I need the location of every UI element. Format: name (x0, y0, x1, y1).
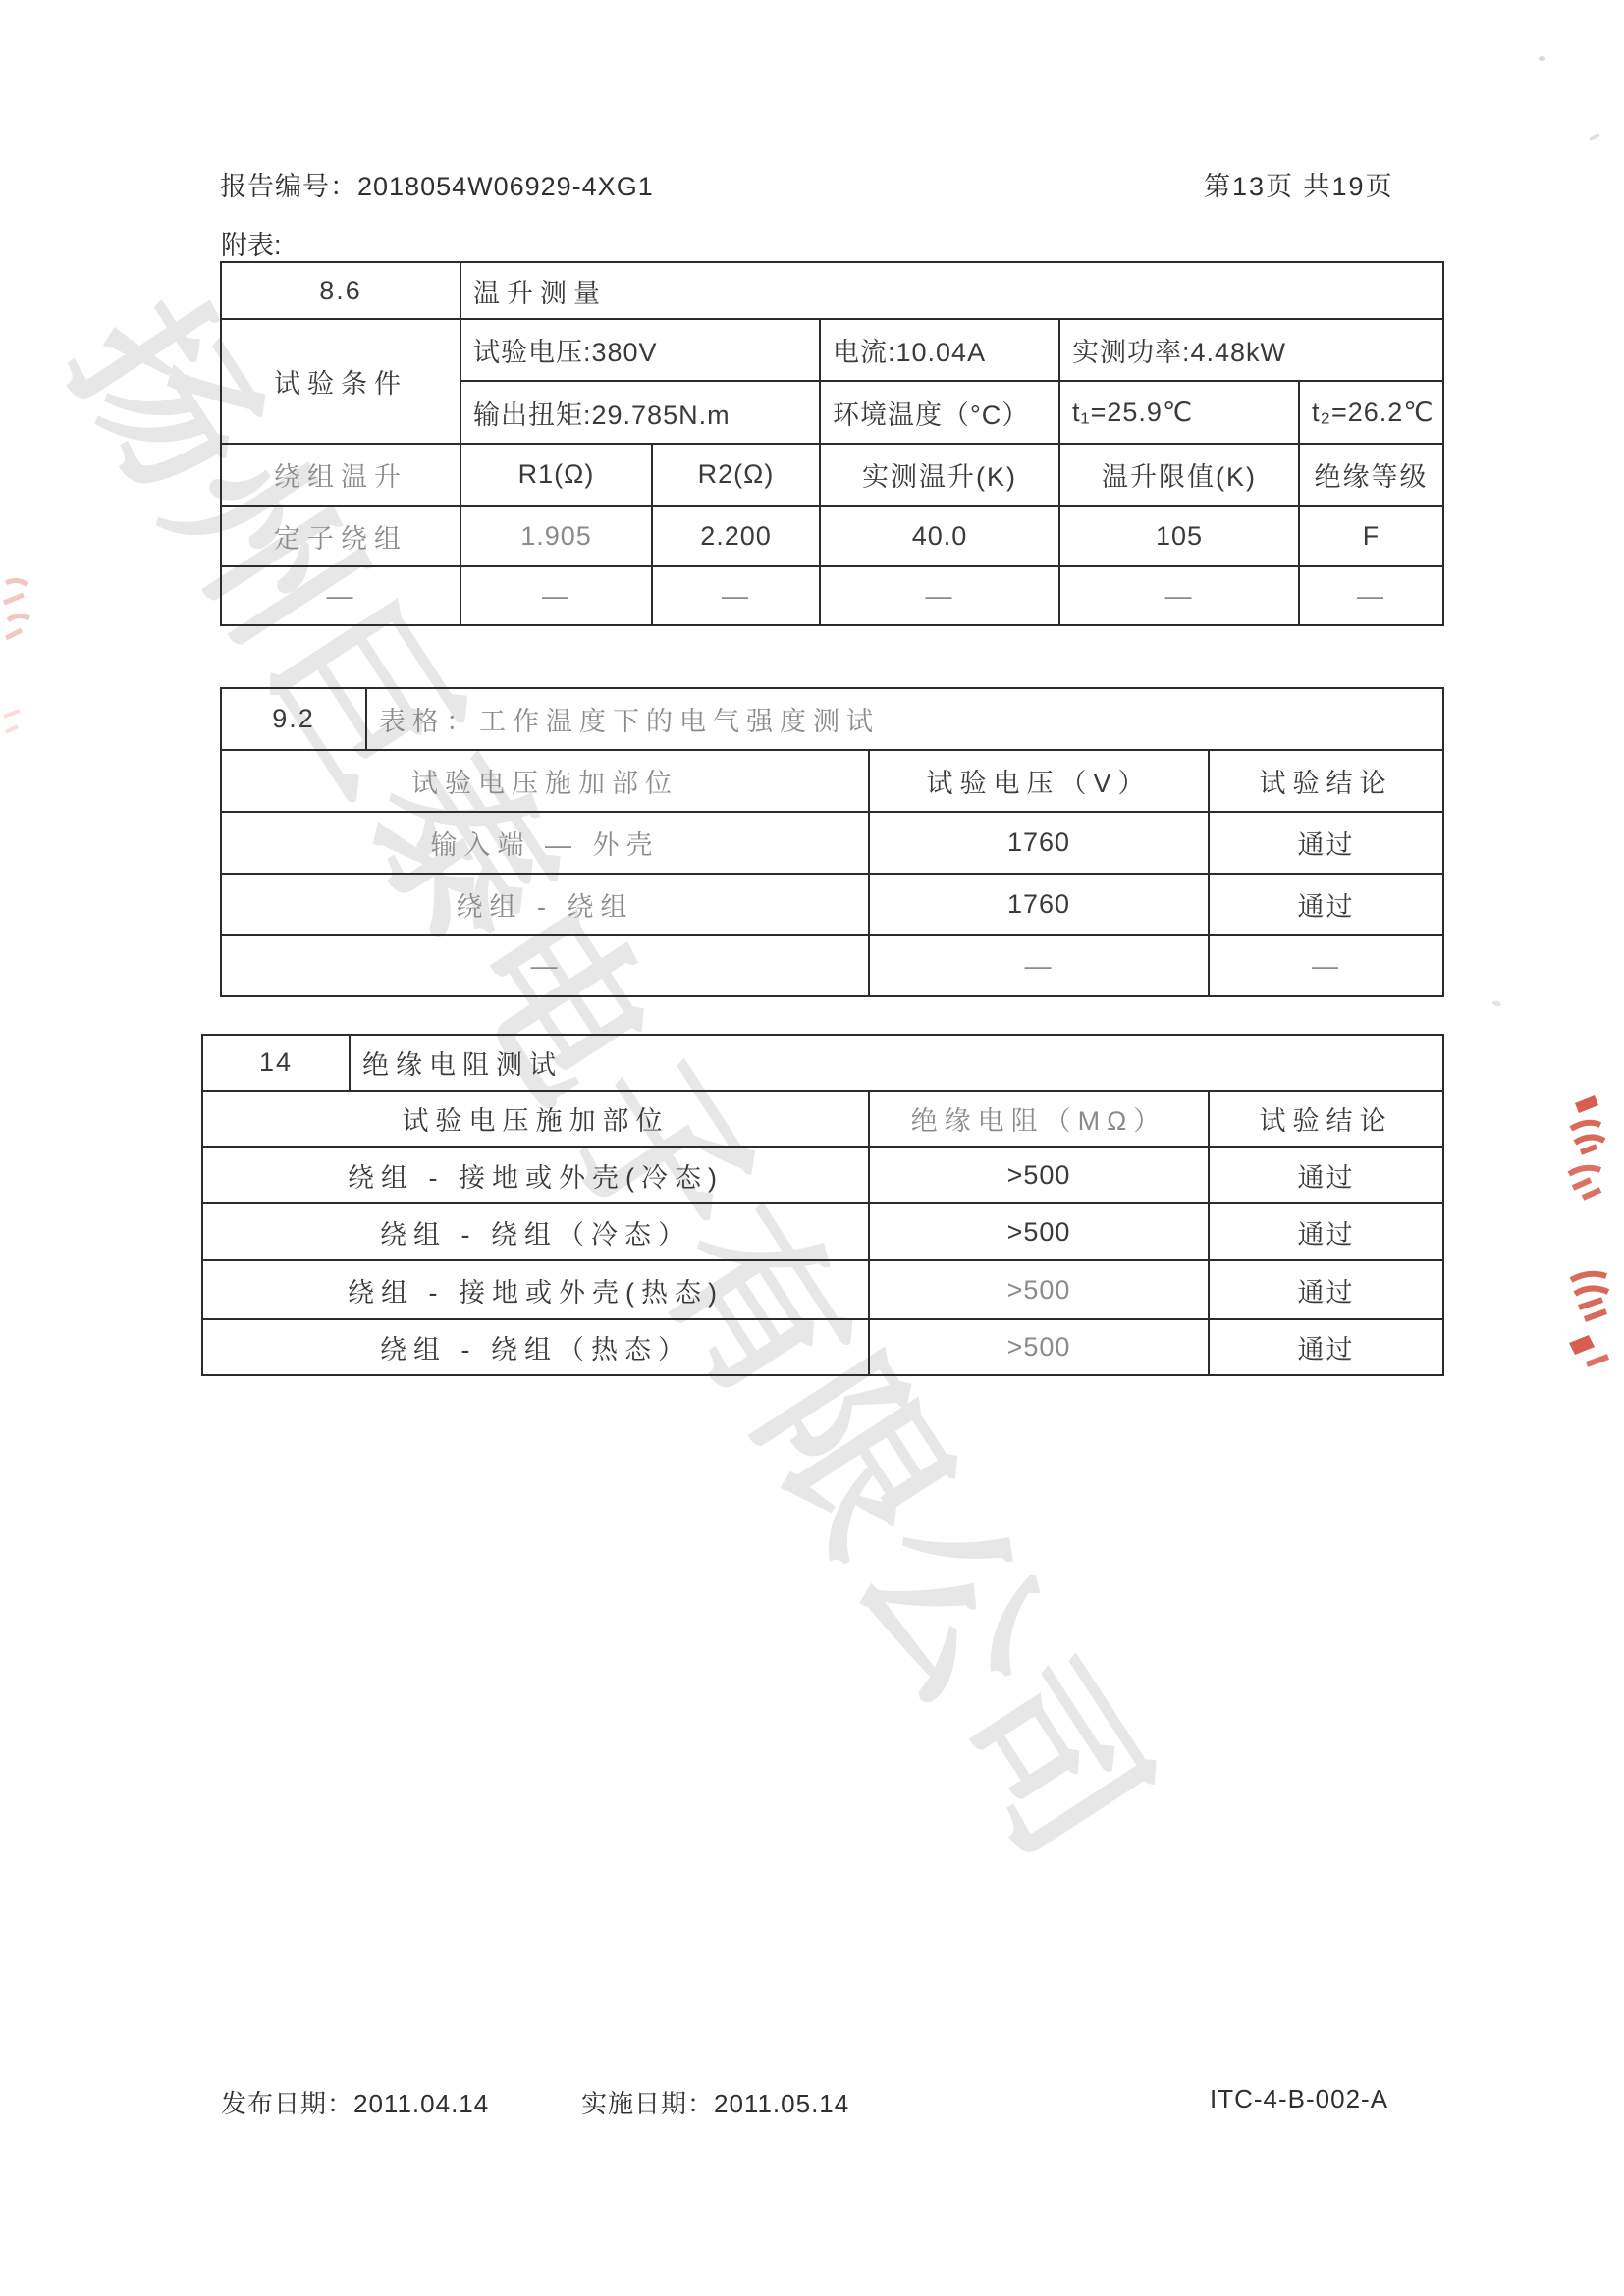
rise-limit-value-cell: 105 (1059, 506, 1299, 566)
temperature-rise-table: 8.6 温升测量 试验条件 试验电压:380V 电流:10.04A 实测功率:4… (220, 261, 1444, 626)
stator-winding-cell: 定子绕组 (221, 506, 460, 566)
empty-cell: — (1059, 566, 1299, 625)
empty-cell: — (221, 935, 869, 996)
issue-date-label: 发布日期： (221, 2089, 353, 2118)
resistance-value-cell: >500 (869, 1147, 1209, 1203)
attachment-label: 附表: (221, 224, 282, 262)
rise-limit-header-cell: 温升限值(K) (1059, 444, 1299, 506)
section-title-cell: 温升测量 (460, 262, 1443, 319)
applied-part-cell: 绕组 - 绕组 (221, 874, 869, 935)
t1-cell: t₁=25.9℃ (1059, 381, 1299, 444)
section-number-cell: 14 (202, 1035, 350, 1091)
conclusion-header-cell: 试验结论 (1209, 1091, 1443, 1147)
section-number-cell: 8.6 (221, 262, 460, 319)
insulation-class-header-cell: 绝缘等级 (1299, 444, 1443, 506)
electric-strength-table: 9.2 表格：工作温度下的电气强度测试 试验电压施加部位 试验电压（V） 试验结… (220, 687, 1444, 997)
issue-date-line: 发布日期：2011.04.14 (221, 2084, 489, 2120)
empty-cell: — (1299, 566, 1443, 625)
current-cell: 电流:10.04A (820, 319, 1059, 381)
applied-part-cell: 绕组 - 接地或外壳(冷态) (202, 1147, 869, 1203)
applied-part-header-cell: 试验电压施加部位 (202, 1091, 869, 1147)
test-voltage-header-cell: 试验电压（V） (869, 750, 1209, 812)
conclusion-cell: 通过 (1209, 1319, 1443, 1375)
stamp-fragment-icon (0, 569, 33, 775)
conclusion-cell: 通过 (1209, 1147, 1443, 1203)
section-title-cell: 表格：工作温度下的电气强度测试 (366, 688, 1443, 750)
report-number-line: 报告编号：2018054W06929-4XG1 (220, 165, 654, 203)
conclusion-cell: 通过 (1209, 1260, 1443, 1319)
resistance-value-cell: >500 (869, 1203, 1209, 1260)
section-number-cell: 9.2 (221, 688, 366, 750)
insulation-resistance-table: 14 绝缘电阻测试 试验电压施加部位 绝缘电阻（MΩ） 试验结论 绕组 - 接地… (201, 1034, 1444, 1376)
applied-part-cell: 输入端 — 外壳 (221, 812, 869, 874)
output-torque-cell: 输出扭矩:29.785N.m (460, 381, 820, 444)
test-voltage-cell: 试验电压:380V (460, 319, 820, 381)
scan-speck (1589, 133, 1601, 142)
voltage-value-cell: 1760 (869, 874, 1209, 935)
report-number-value: 2018054W06929-4XG1 (357, 172, 654, 201)
empty-cell: — (869, 935, 1209, 996)
measured-rise-header-cell: 实测温升(K) (820, 444, 1059, 506)
scan-speck (1539, 56, 1545, 61)
applied-part-cell: 绕组 - 绕组（冷态） (202, 1203, 869, 1260)
document-code: ITC-4-B-002-A (1210, 2084, 1388, 2114)
measured-rise-value-cell: 40.0 (820, 506, 1059, 566)
r2-header-cell: R2(Ω) (652, 444, 820, 506)
scan-speck (1492, 1000, 1502, 1007)
insulation-class-value-cell: F (1299, 506, 1443, 566)
report-page: 扬州巨泰电子有限公司 报告编号：2018054W06929-4XG1 第13页 … (0, 0, 1624, 2296)
r1-header-cell: R1(Ω) (460, 444, 652, 506)
stamp-fragment-icon (1559, 1266, 1620, 1374)
winding-rise-header-cell: 绕组温升 (221, 444, 460, 506)
ambient-temperature-cell: 环境温度（°C） (820, 381, 1059, 444)
empty-cell: — (221, 566, 460, 625)
conclusion-header-cell: 试验结论 (1209, 750, 1443, 812)
applied-part-cell: 绕组 - 绕组（热态） (202, 1319, 869, 1375)
empty-cell: — (652, 566, 820, 625)
conclusion-cell: 通过 (1209, 874, 1443, 935)
resistance-value-cell: >500 (869, 1260, 1209, 1319)
applied-part-header-cell: 试验电压施加部位 (221, 750, 869, 812)
empty-cell: — (820, 566, 1059, 625)
resistance-header-cell: 绝缘电阻（MΩ） (869, 1091, 1209, 1147)
applied-part-cell: 绕组 - 接地或外壳(热态) (202, 1260, 869, 1319)
report-number-label: 报告编号： (220, 172, 357, 201)
section-title-cell: 绝缘电阻测试 (350, 1035, 1443, 1091)
issue-date-value: 2011.04.14 (353, 2089, 489, 2118)
test-condition-label-cell: 试验条件 (221, 319, 460, 444)
measured-power-cell: 实测功率:4.48kW (1059, 319, 1443, 381)
page-indicator: 第13页 共19页 (1204, 165, 1394, 203)
conclusion-cell: 通过 (1209, 812, 1443, 874)
conclusion-cell: 通过 (1209, 1203, 1443, 1260)
r1-value-cell: 1.905 (460, 506, 652, 566)
voltage-value-cell: 1760 (869, 812, 1209, 874)
stamp-fragment-icon (1561, 1092, 1620, 1204)
implementation-date-label: 实施日期： (581, 2089, 714, 2118)
implementation-date-value: 2011.05.14 (714, 2089, 849, 2118)
implementation-date-line: 实施日期：2011.05.14 (581, 2084, 849, 2120)
resistance-value-cell: >500 (869, 1319, 1209, 1375)
empty-cell: — (460, 566, 652, 625)
r2-value-cell: 2.200 (652, 506, 820, 566)
t2-cell: t₂=26.2℃ (1299, 381, 1443, 444)
empty-cell: — (1209, 935, 1443, 996)
